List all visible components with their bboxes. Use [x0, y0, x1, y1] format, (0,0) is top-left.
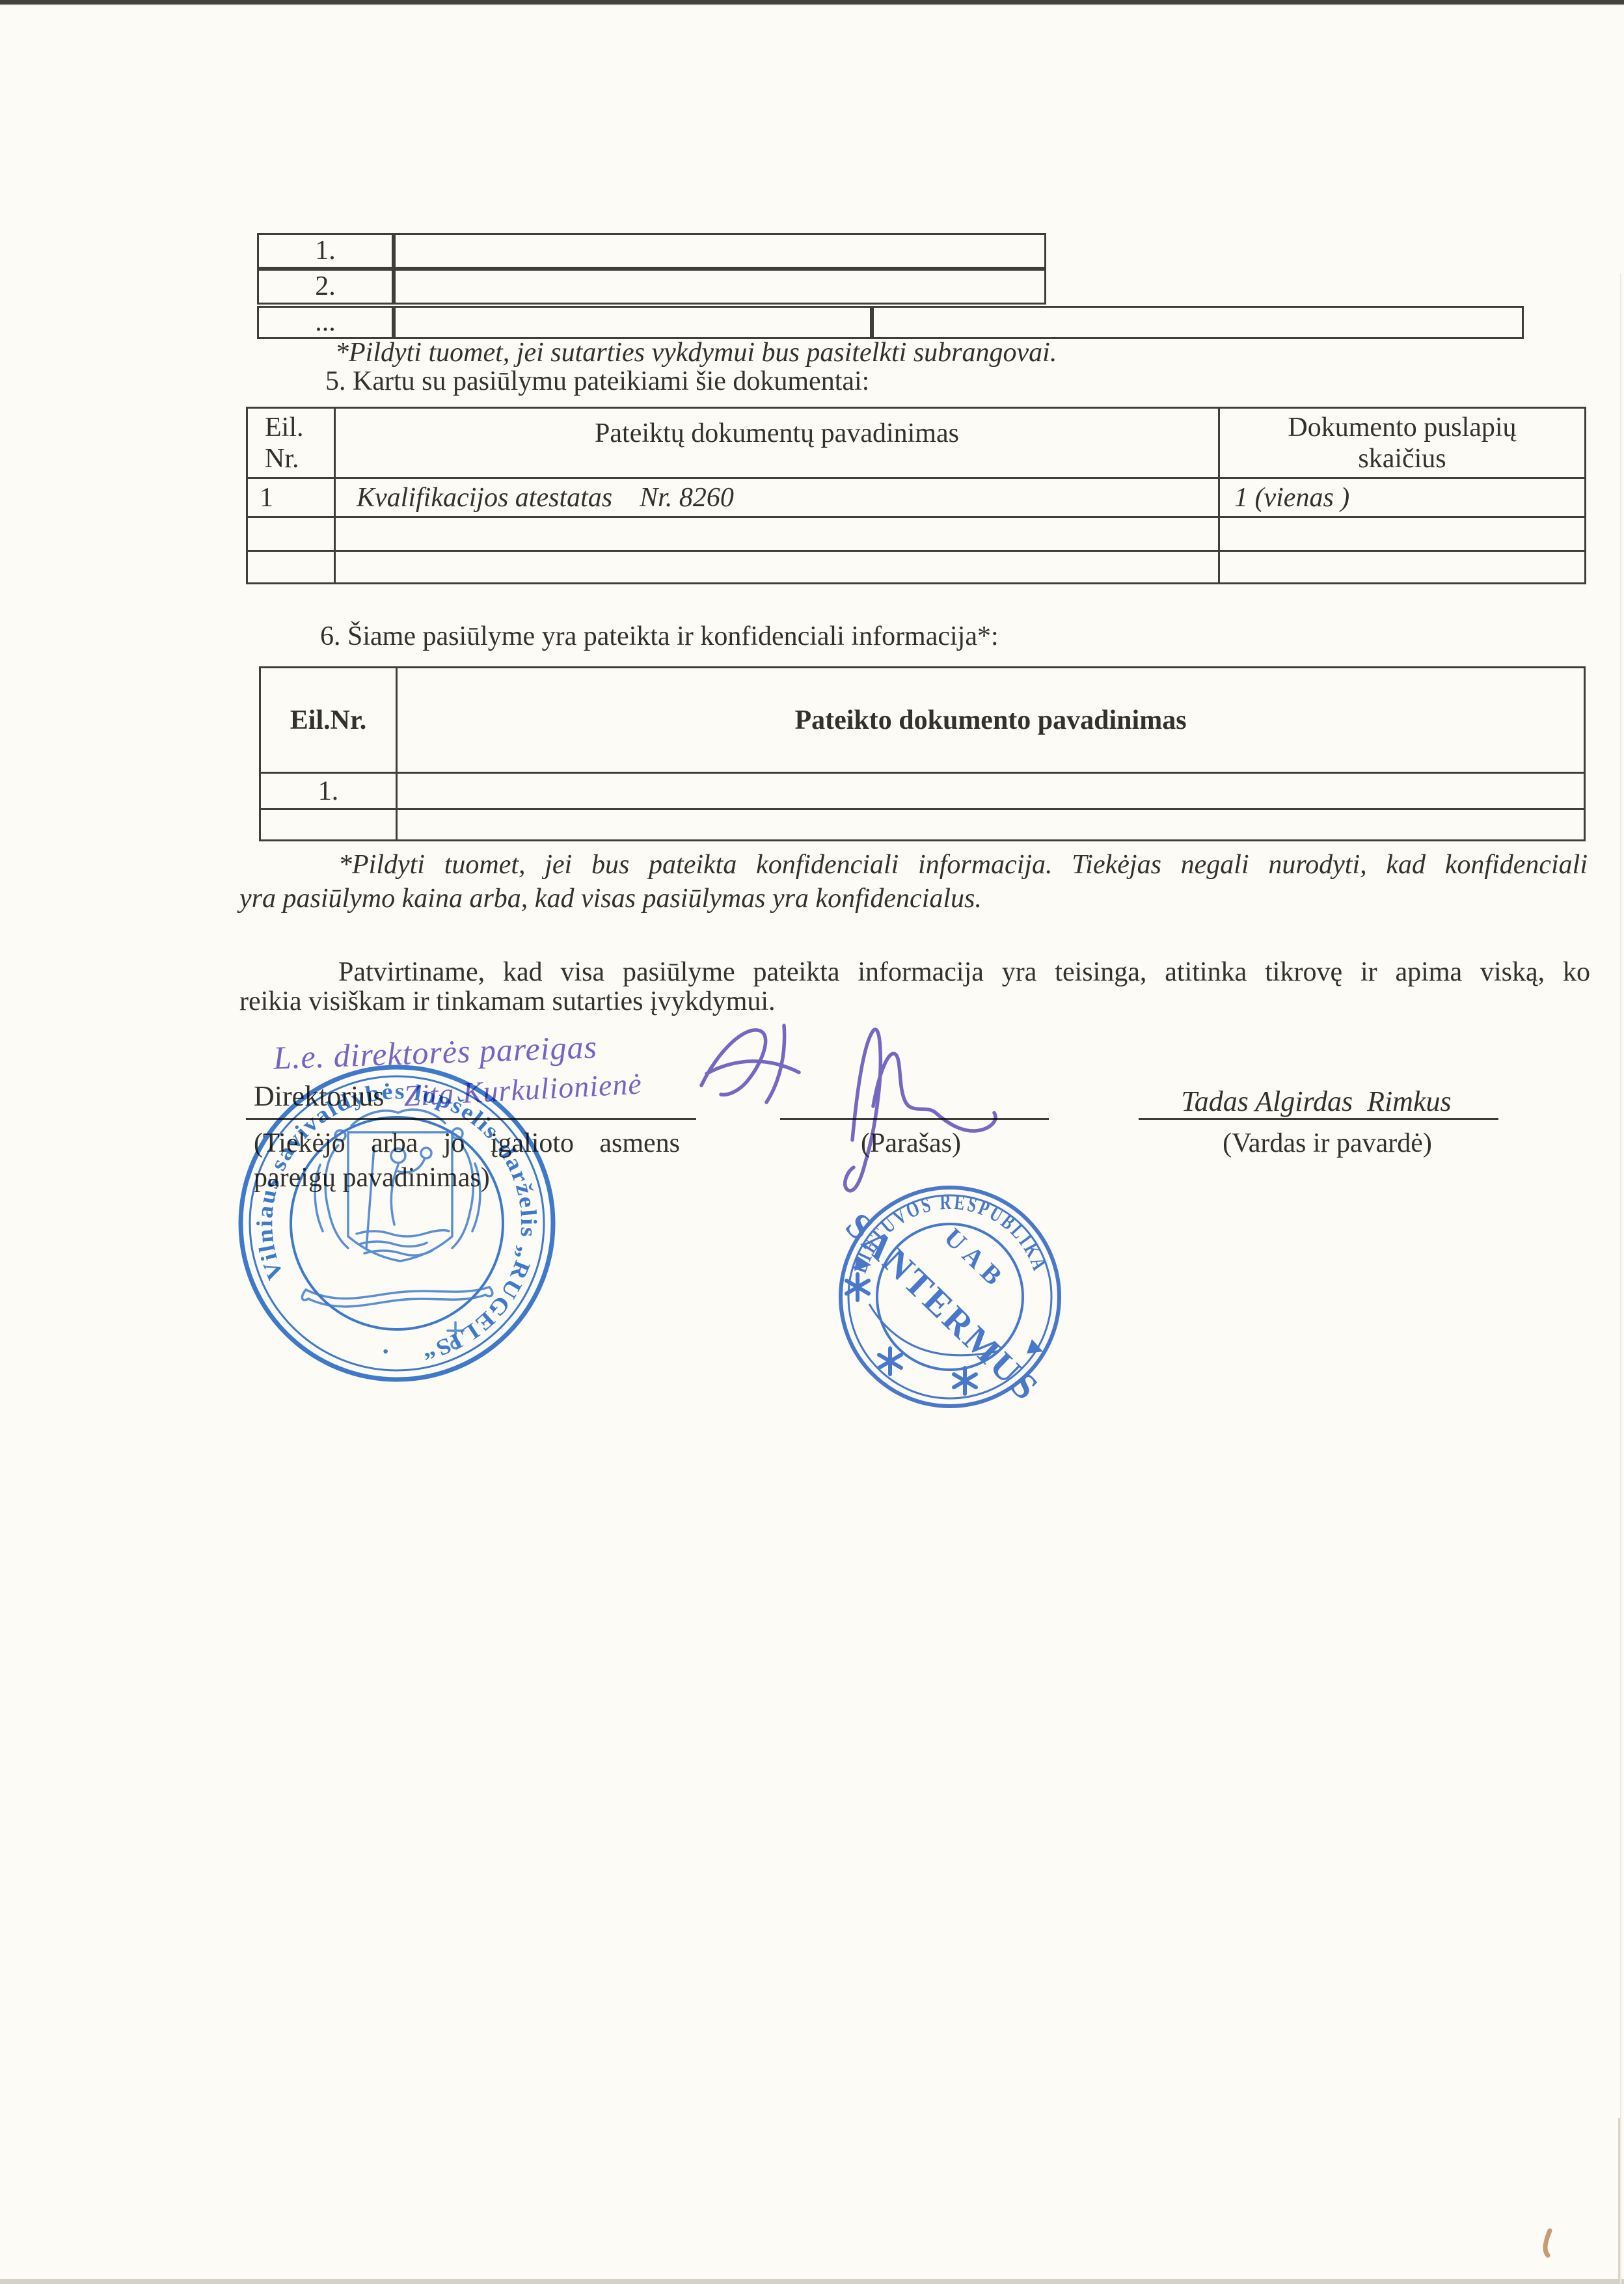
ink-strokes: [677, 1009, 1015, 1204]
top-table-row1-empty-cell: [394, 233, 1046, 269]
row1-pages: 1 (vienas ): [1219, 478, 1586, 517]
confidential-header-eilnr: Eil.Nr.: [260, 668, 397, 773]
confidential-note-line1: *Pildyti tuomet, jei bus pateikta konfid…: [338, 850, 1588, 880]
section5-heading: 5. Kartu su pasiūlymu pateikiami šie dok…: [325, 366, 869, 396]
confidential-table-header-row: Eil.Nr. Pateikto dokumento pavadinimas: [260, 668, 1585, 773]
right-name-caption: (Vardas ir pavardė): [1191, 1128, 1464, 1158]
documents-table-header-eil-nr: Eil. Nr.: [247, 408, 335, 478]
section6-heading: 6. Šiame pasiūlyme yra pateikta ir konfi…: [320, 621, 999, 651]
documents-table-header-pages: Dokumento puslapių skaičius: [1219, 408, 1586, 478]
top-table-row3-empty-cell-2: [872, 306, 1524, 339]
stamp-ring-text: Vilniaus savivaldybės lopšelis-darželis …: [252, 1078, 541, 1365]
scanned-document-page: 1. 2. ... *Pildyti tuomet, jei sutarties…: [0, 0, 1624, 2284]
scan-right-edge-faint: [1620, 273, 1621, 2284]
top-table-row2-empty-cell: [394, 269, 1046, 305]
pen-mark-bottom-right: [1536, 2225, 1575, 2264]
initials-flourish-stroke: [701, 1026, 799, 1102]
confidential-table-empty-row: [260, 809, 1585, 841]
documents-table-empty-row2: [247, 551, 1586, 584]
documents-table-empty-row1: [247, 517, 1586, 551]
documents-table: Eil. Nr. Pateiktų dokumentų pavadinimas …: [246, 407, 1586, 584]
confidential-row1-nr: 1.: [260, 773, 397, 809]
scan-bottom-edge: [0, 2279, 1624, 2284]
stamp-rings: [241, 1067, 553, 1380]
top-table-row2-nr-cell: 2.: [257, 269, 394, 305]
vilnius-coat-of-arms-icon: [302, 1109, 492, 1348]
confidential-note-line2: yra pasiūlymo kaina arba, kad visas pasi…: [239, 884, 982, 914]
subcontractor-note: *Pildyti tuomet, jei sutarties vykdymui …: [335, 338, 1057, 368]
stamp-ring-separator-dot: ·: [381, 1337, 390, 1366]
top-table-row2-nr: 2.: [259, 271, 392, 302]
top-table-row3-nr: ...: [259, 308, 392, 336]
confidential-header-name: Pateikto dokumento pavadinimas: [397, 668, 1585, 773]
right-signature-line: [1139, 1118, 1498, 1120]
right-name: Tadas Algirdas Rimkus: [1165, 1087, 1468, 1117]
header-nr: Nr.: [265, 443, 334, 474]
round-stamp-company: LIETUVOS RESPUBLIKA UAB SANTERMUS: [828, 1173, 1075, 1420]
company-type-text: UAB: [939, 1222, 1013, 1295]
signature-stroke: [845, 1029, 995, 1191]
confidential-table: Eil.Nr. Pateikto dokumento pavadinimas 1…: [259, 666, 1586, 841]
row1-doc-name: Kvalifikacijos atestatas Nr. 8260: [335, 478, 1219, 517]
confirmation-line1: Patvirtiname, kad visa pasiūlyme pateikt…: [338, 957, 1590, 987]
header-eil: Eil.: [265, 412, 334, 443]
scan-top-edge-shadow: [0, 4, 1624, 5]
confidential-table-row1: 1.: [260, 773, 1585, 809]
header-pages-line2: skaičius: [1220, 443, 1584, 474]
documents-table-header-name: Pateiktų dokumentų pavadinimas: [335, 408, 1219, 478]
header-pages-line1: Dokumento puslapių: [1220, 412, 1584, 443]
top-table-row3-empty-cell-1: [394, 306, 872, 339]
row1-nr: 1: [247, 478, 335, 517]
documents-table-header-row: Eil. Nr. Pateiktų dokumentų pavadinimas …: [247, 408, 1586, 478]
top-table-row1-nr-cell: 1.: [257, 233, 394, 269]
documents-table-row1: 1 Kvalifikacijos atestatas Nr. 8260 1 (v…: [247, 478, 1586, 517]
top-table-row1-nr: 1.: [259, 235, 392, 266]
top-table-row3-nr-cell: ...: [257, 306, 394, 339]
